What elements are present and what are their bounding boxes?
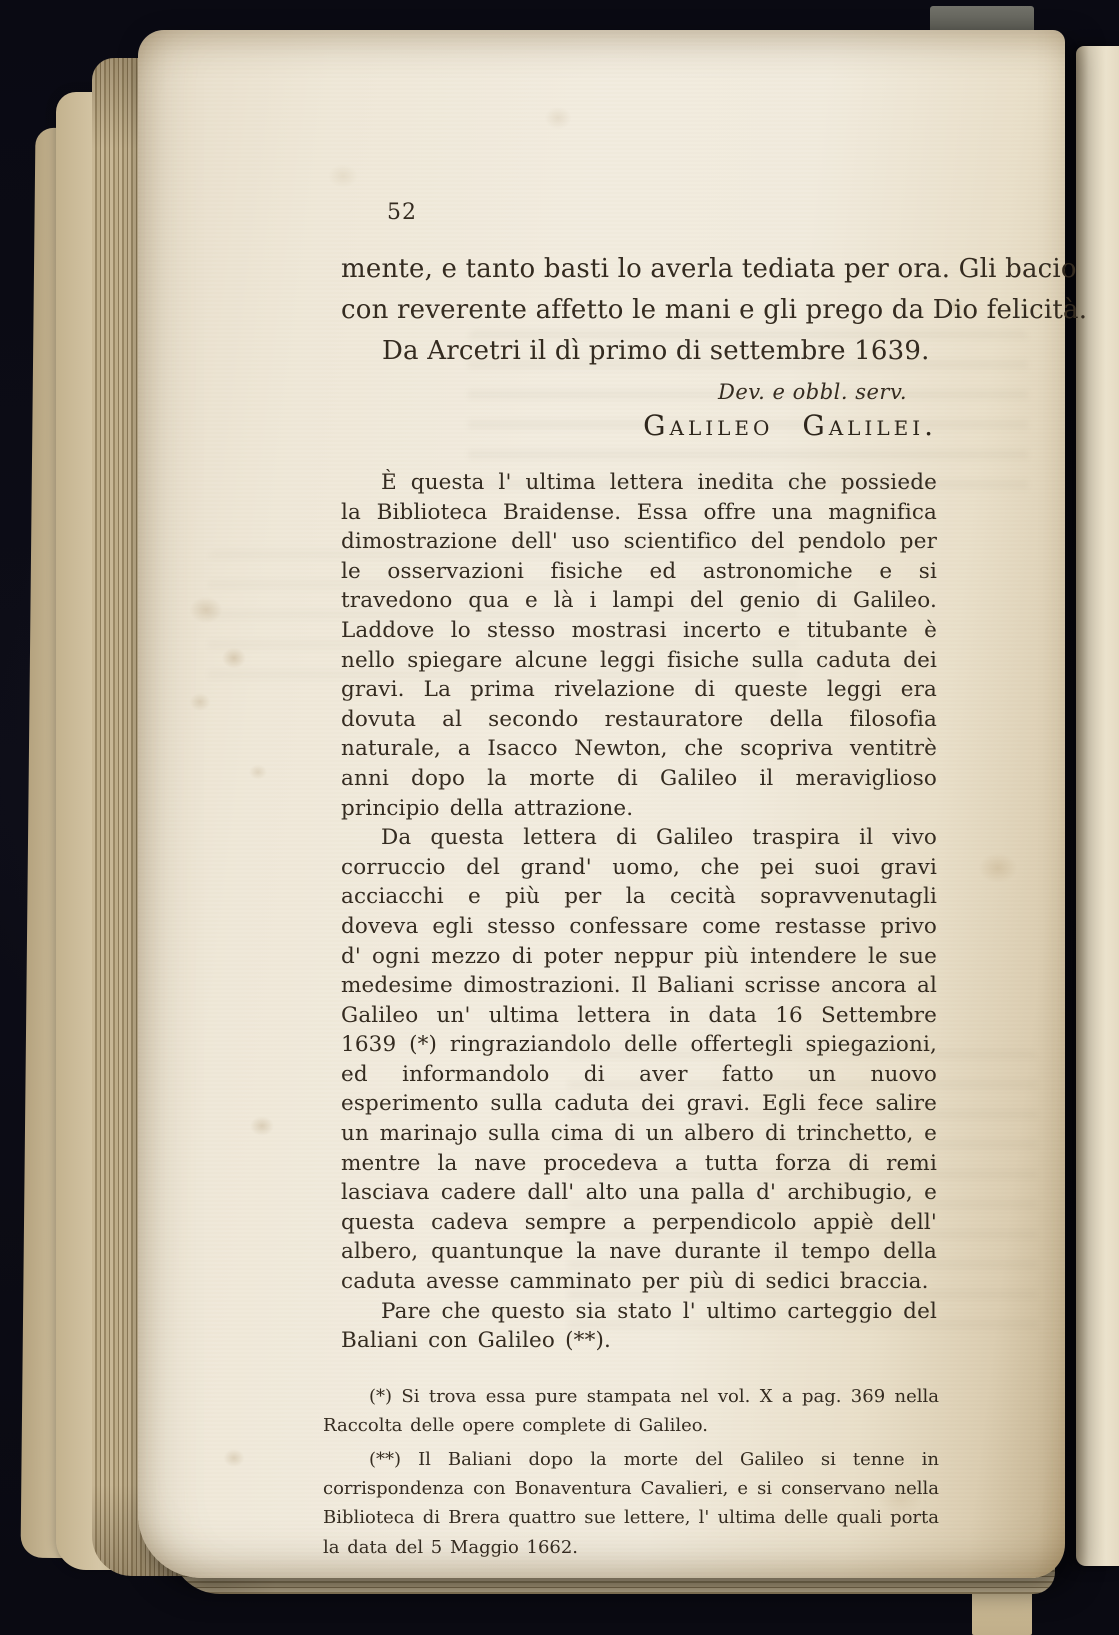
- letter-line: con reverente affetto le mani e gli preg…: [341, 290, 937, 331]
- book-page: 52 mente, e tanto basti lo averla tediat…: [138, 30, 1065, 1578]
- footnote-text: Si trova essa pure stampata nel vol. X a…: [323, 1386, 939, 1436]
- facing-page-edge: [1076, 46, 1119, 1566]
- letter-valediction: Dev. e obbl. serv.: [341, 378, 907, 406]
- text-column: 52 mente, e tanto basti lo averla tediat…: [341, 200, 937, 1566]
- letter-closing: mente, e tanto basti lo averla tediata p…: [341, 249, 937, 372]
- book-photograph: 52 mente, e tanto basti lo averla tediat…: [0, 0, 1119, 1635]
- signature-block: Dev. e obbl. serv. Galileo Galilei.: [341, 378, 937, 446]
- footnote-marker: (**): [369, 1449, 401, 1470]
- letter-line: mente, e tanto basti lo averla tediata p…: [341, 249, 937, 290]
- letter-signature: Galileo Galilei.: [341, 406, 937, 446]
- commentary: È questa l' ultima lettera inedita che p…: [341, 468, 937, 1356]
- footnote: (*) Si trova essa pure stampata nel vol.…: [323, 1382, 939, 1441]
- commentary-paragraph: Da questa lettera di Galileo traspira il…: [341, 823, 937, 1297]
- letter-dateline: Da Arcetri il dì primo di settembre 1639…: [382, 331, 937, 372]
- footnotes: (*) Si trova essa pure stampata nel vol.…: [323, 1382, 939, 1562]
- footnote: (**) Il Baliani dopo la morte del Galile…: [323, 1445, 939, 1563]
- commentary-paragraph: È questa l' ultima lettera inedita che p…: [341, 468, 937, 823]
- page-number: 52: [387, 200, 937, 225]
- footnote-text: Il Baliani dopo la morte del Galileo si …: [323, 1449, 939, 1558]
- commentary-paragraph: Pare che questo sia stato l' ultimo cart…: [341, 1297, 937, 1356]
- footnote-marker: (*): [369, 1386, 392, 1407]
